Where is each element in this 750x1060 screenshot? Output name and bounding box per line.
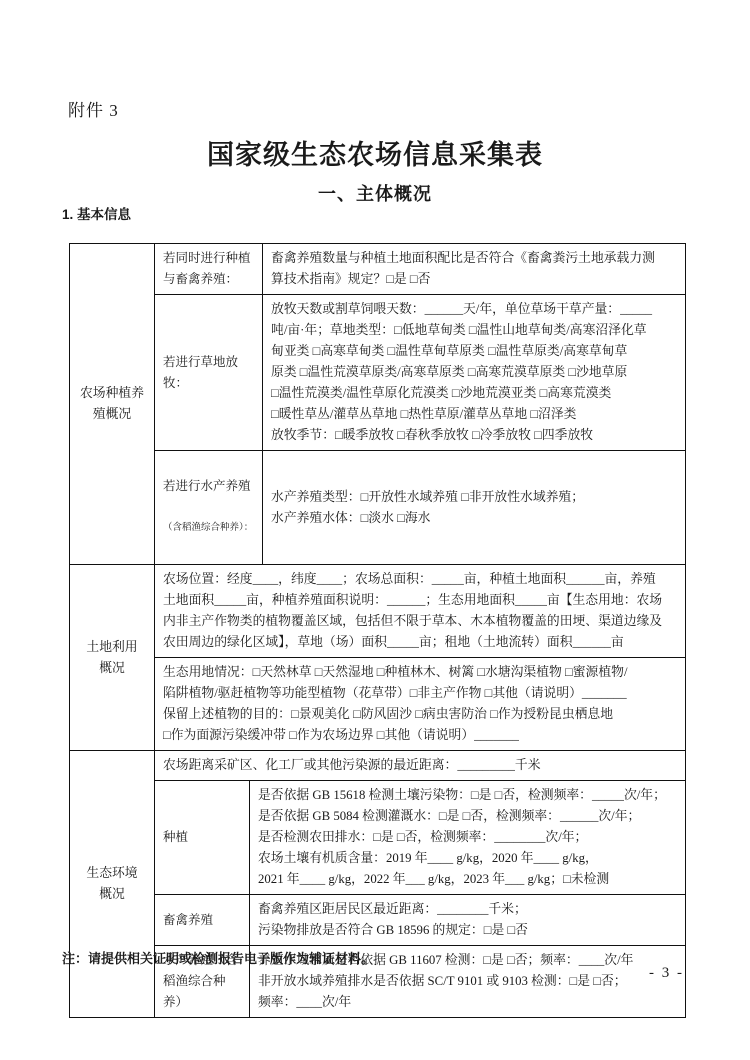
cell-planting-tests: 是否依据 GB 15618 检测土壤污染物：□是 □否，检测频率：_____次/…	[250, 781, 686, 895]
page-number: - 3 -	[649, 965, 684, 982]
table-row: 农场种植养 殖概况 若同时进行种植 与畜禽养殖： 畜禽养殖数量与种植土地面积配比…	[70, 244, 686, 295]
row-label-livestock: 畜禽养殖	[155, 895, 250, 946]
table-row: 生态用地情况：□天然林草 □天然湿地 □种植林木、树篱 □水塘沟渠植物 □蜜源植…	[70, 658, 686, 751]
subsection-heading: 1. 基本信息	[62, 203, 131, 223]
row-label-planting: 种植	[155, 781, 250, 895]
document-page: 附件 3 国家级生态农场信息采集表 一、主体概况 1. 基本信息 农场种植养 殖…	[0, 0, 750, 1060]
attachment-label: 附件 3	[68, 96, 119, 121]
document-title: 国家级生态农场信息采集表	[0, 133, 750, 172]
row-label-aquaculture-note: （含稻渔综合种养）：	[163, 518, 254, 539]
section-header-farm-planting-breeding: 农场种植养 殖概况	[70, 244, 155, 565]
cell-aquaculture-type: 水产养殖类型：□开放性水域养殖 □非开放性水域养殖； 水产养殖水体：□淡水 □海…	[263, 451, 686, 565]
cell-livestock-emissions: 畜禽养殖区距居民区最近距离：________千米； 污染物排放是否符合 GB 1…	[250, 895, 686, 946]
table-row: 若进行水产养殖 （含稻渔综合种养）： 水产养殖类型：□开放性水域养殖 □非开放性…	[70, 451, 686, 565]
footnote: 注：请提供相关证明或检测报告电子版作为辅证材料。	[62, 948, 374, 967]
table-row: 生态环境 概况 农场距离采矿区、化工厂或其他污染源的最近距离：_________…	[70, 751, 686, 781]
cell-farm-location-areas: 农场位置：经度____，纬度____；农场总面积：_____亩，种植土地面积__…	[155, 565, 686, 658]
row-label-aquaculture-main: 若进行水产养殖	[163, 476, 254, 497]
cell-manure-land-ratio: 畜禽养殖数量与种植土地面积配比是否符合《畜禽粪污土地承载力测 算技术指南》规定？…	[263, 244, 686, 295]
table-row: 土地利用 概况 农场位置：经度____，纬度____；农场总面积：_____亩，…	[70, 565, 686, 658]
basic-info-table: 农场种植养 殖概况 若同时进行种植 与畜禽养殖： 畜禽养殖数量与种植土地面积配比…	[69, 243, 686, 1018]
cell-grazing-details: 放牧天数或割草饲喂天数：______天/年，单位草场干草产量：_____ 吨/亩…	[263, 295, 686, 451]
row-label-grassland-grazing: 若进行草地放牧：	[155, 295, 263, 451]
table-row: 畜禽养殖 畜禽养殖区距居民区最近距离：________千米； 污染物排放是否符合…	[70, 895, 686, 946]
section-header-land-use: 土地利用 概况	[70, 565, 155, 751]
table-row: 若进行草地放牧： 放牧天数或割草饲喂天数：______天/年，单位草场干草产量：…	[70, 295, 686, 451]
row-label-aquaculture: 若进行水产养殖 （含稻渔综合种养）：	[155, 451, 263, 565]
section-header-eco-environment: 生态环境 概况	[70, 751, 155, 1018]
cell-pollution-source-distance: 农场距离采矿区、化工厂或其他污染源的最近距离：_________千米	[155, 751, 686, 781]
table-row: 种植 是否依据 GB 15618 检测土壤污染物：□是 □否，检测频率：____…	[70, 781, 686, 895]
cell-ecological-land: 生态用地情况：□天然林草 □天然湿地 □种植林木、树篱 □水塘沟渠植物 □蜜源植…	[155, 658, 686, 751]
row-label-planting-and-livestock: 若同时进行种植 与畜禽养殖：	[155, 244, 263, 295]
